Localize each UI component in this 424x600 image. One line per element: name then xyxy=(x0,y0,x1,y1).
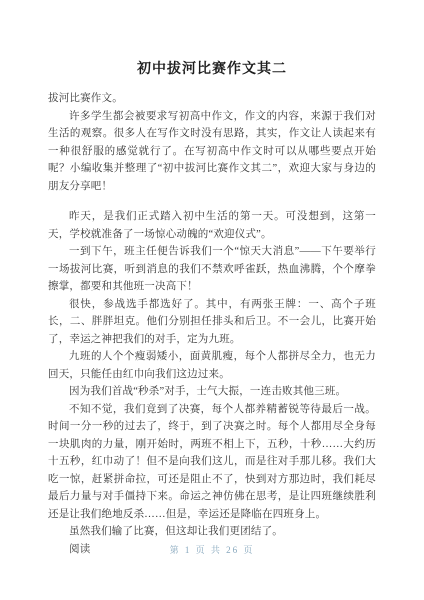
paragraph-lead: 拔河比赛作文。 xyxy=(48,90,376,108)
document-title: 初中拔河比赛作文其二 xyxy=(48,58,376,78)
paragraph: 虽然我们输了比赛，但这却让我们更团结了。 xyxy=(48,523,376,541)
document-body: 拔河比赛作文。 许多学生都会被要求写初高中作文，作文的内容，来源于我们对生活的观… xyxy=(48,90,376,558)
paragraph: 因为我们首战“秒杀”对手，士气大振，一连击败其他三班。 xyxy=(48,383,376,401)
paragraph: 九班的人个个瘦弱矮小，面黄肌瘦，每个人都拼尽全力，也无力回天，只能任由红巾向我们… xyxy=(48,348,376,383)
paragraph: 昨天，是我们正式踏入初中生活的第一天。可没想到，这第一天，学校就准备了一场惊心动… xyxy=(48,208,376,243)
page-number-footer: 第 1 页 共 26 页 xyxy=(0,543,424,556)
paragraph: 不知不觉，我们竟到了决赛，每个人都养精蓄锐等待最后一战。时间一分一秒的过去了，终… xyxy=(48,401,376,524)
paragraph-intro: 许多学生都会被要求写初高中作文，作文的内容，来源于我们对生活的观察。很多人在写作… xyxy=(48,108,376,196)
paragraph: 很快，参战选手都选好了。其中，有两张王牌：一、高个子班长，二、胖胖坦克。他们分别… xyxy=(48,296,376,349)
paragraph: 一到下午，班主任便告诉我们一个“惊天大消息”——下午要举行一场拔河比赛，听到消息… xyxy=(48,243,376,296)
document-page: 初中拔河比赛作文其二 拔河比赛作文。 许多学生都会被要求写初高中作文，作文的内容… xyxy=(0,0,424,600)
